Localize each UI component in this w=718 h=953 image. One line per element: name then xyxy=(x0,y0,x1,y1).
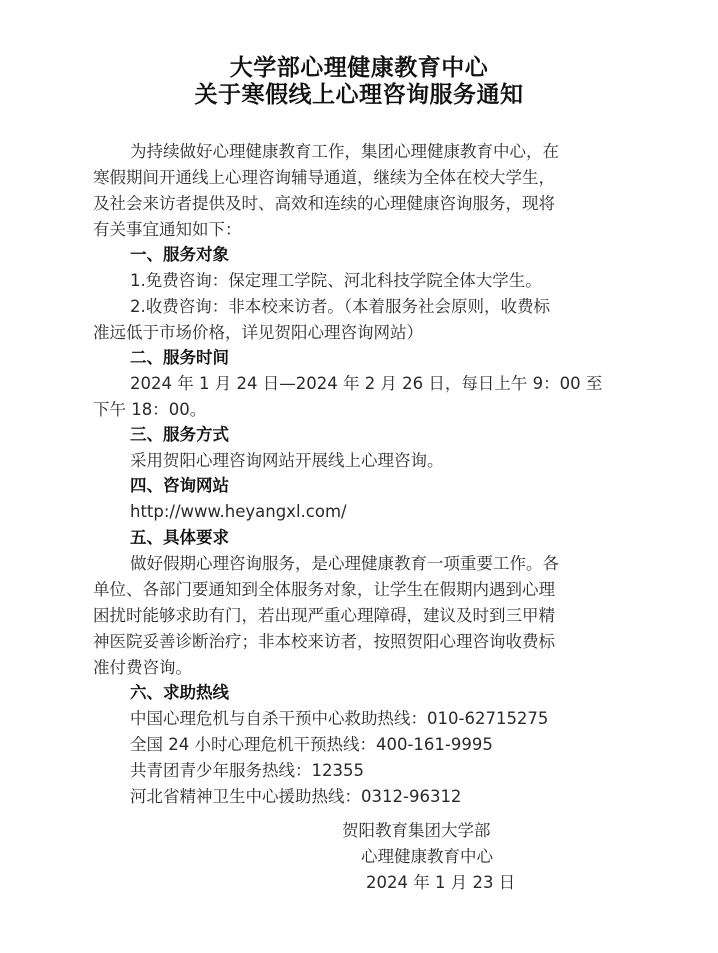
website-link[interactable]: http://www.heyangxl.com/ xyxy=(130,499,670,525)
hotline-item: 河北省精神卫生中心援助热线：0312-96312 xyxy=(130,784,670,810)
signature-date: 2024 年 1 月 23 日 xyxy=(366,870,515,896)
section-heading-website: 四、咨询网站 xyxy=(130,473,670,499)
document-title-line1: 大学部心理健康教育中心 xyxy=(0,53,718,83)
section-line: 采用贺阳心理咨询网站开展线上心理咨询。 xyxy=(130,448,670,474)
section-line: 准付费咨询。 xyxy=(93,655,633,681)
section-line: 2024 年 1 月 24 日—2024 年 2 月 26 日，每日上午 9：0… xyxy=(130,371,670,397)
intro-line: 及社会来访者提供及时、高效和连续的心理健康咨询服务，现将 xyxy=(93,191,633,217)
section-line: 做好假期心理咨询服务，是心理健康教育一项重要工作。各 xyxy=(130,551,670,577)
section-line: 单位、各部门要通知到全体服务对象，让学生在假期内遇到心理 xyxy=(93,577,633,603)
section-line: 困扰时能够求助有门，若出现严重心理障碍，建议及时到三甲精 xyxy=(93,603,633,629)
section-line: 下午 18：00。 xyxy=(93,397,633,423)
intro-line: 有关事宜通知如下： xyxy=(93,217,633,243)
notice-document: 大学部心理健康教育中心 关于寒假线上心理咨询服务通知 为持续做好心理健康教育工作… xyxy=(0,0,718,953)
hotline-item: 共青团青少年服务热线：12355 xyxy=(130,758,670,784)
signature-org: 贺阳教育集团大学部 xyxy=(342,818,491,844)
section-heading-service-targets: 一、服务对象 xyxy=(130,242,670,268)
section-line: 准远低于市场价格，详见贺阳心理咨询网站） xyxy=(93,320,633,346)
section-heading-hotlines: 六、求助热线 xyxy=(130,680,670,706)
section-line: 2.收费咨询：非本校来访者。（本着服务社会原则，收费标 xyxy=(130,294,670,320)
section-heading-service-time: 二、服务时间 xyxy=(130,345,670,371)
section-line: 神医院妥善诊断治疗；非本校来访者，按照贺阳心理咨询收费标 xyxy=(93,629,633,655)
signature-dept: 心理健康教育中心 xyxy=(361,844,493,870)
section-heading-requirements: 五、具体要求 xyxy=(130,525,670,551)
intro-line: 为持续做好心理健康教育工作，集团心理健康教育中心，在 xyxy=(130,139,670,165)
hotline-item: 全国 24 小时心理危机干预热线：400-161-9995 xyxy=(130,732,670,758)
hotline-item: 中国心理危机与自杀干预中心救助热线：010-62715275 xyxy=(130,706,670,732)
intro-line: 寒假期间开通线上心理咨询辅导通道，继续为全体在校大学生， xyxy=(93,165,633,191)
section-heading-service-method: 三、服务方式 xyxy=(130,422,670,448)
document-title-line2: 关于寒假线上心理咨询服务通知 xyxy=(0,80,718,110)
section-line: 1.免费咨询：保定理工学院、河北科技学院全体大学生。 xyxy=(130,268,670,294)
